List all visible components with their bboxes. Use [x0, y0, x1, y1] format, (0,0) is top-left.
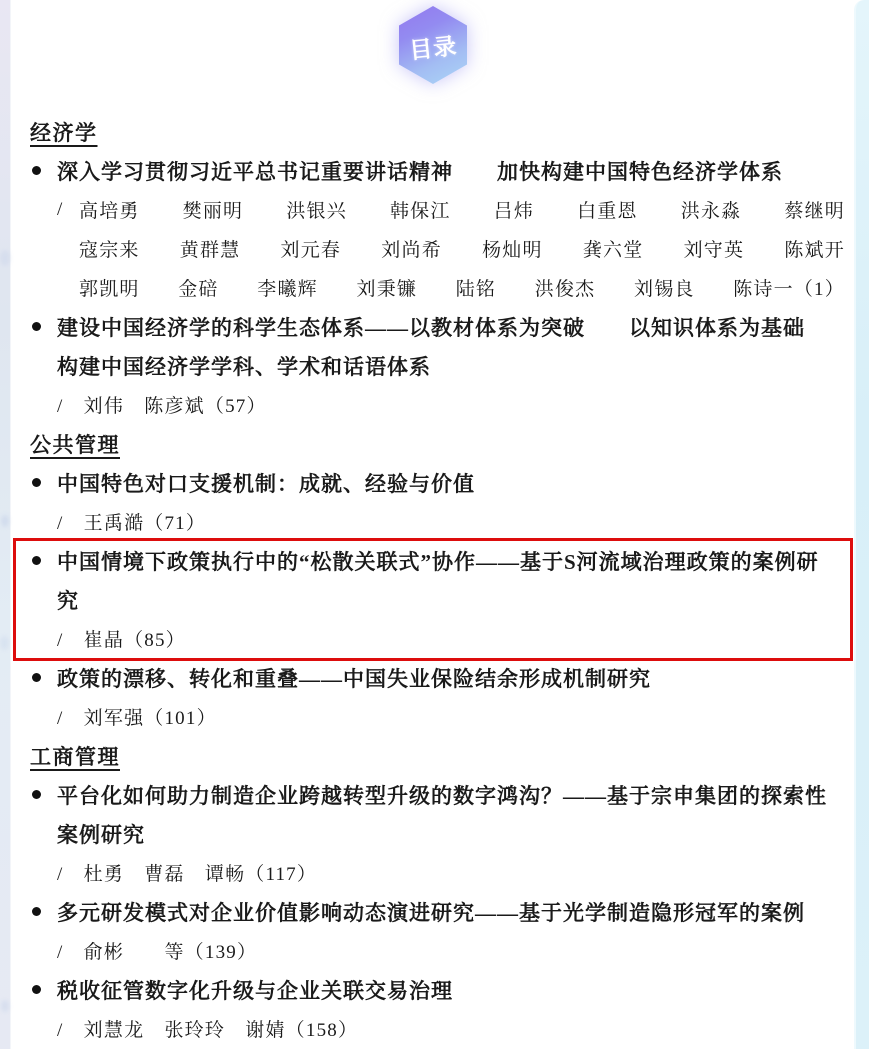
- author-row: / 刘军强（101）: [30, 703, 217, 730]
- author-name: 蔡继明: [784, 196, 845, 223]
- author-name: 白重恩: [577, 196, 638, 223]
- toc-article: 多元研发模式对企业价值影响动态演进研究——基于光学制造隐形冠军的案例 / 俞彬 …: [30, 892, 845, 970]
- author-name: 高培勇: [79, 196, 140, 223]
- author-row: / 刘慧龙 张玲玲 谢婧（158）: [30, 1015, 358, 1042]
- table-of-contents: 经济学 深入学习贯彻习近平总书记重要讲话精神 加快构建中国特色经济学体系 / 高…: [30, 112, 845, 1048]
- author-name: 陈斌开: [784, 235, 845, 262]
- author-slash: /: [57, 199, 79, 221]
- author-name: 刘守英: [684, 235, 745, 262]
- article-title: 平台化如何助力制造企业跨越转型升级的数字鸿沟？——基于宗申集团的探索性: [57, 780, 827, 810]
- author-name: 龚六堂: [583, 235, 644, 262]
- author-row: / 杜勇 曹磊 谭畅（117）: [30, 859, 317, 886]
- author-name: 洪永淼: [681, 196, 742, 223]
- author-name: 刘尚希: [381, 235, 442, 262]
- bullet-icon: [30, 556, 57, 565]
- toc-hexagon-badge: 目录: [399, 6, 467, 84]
- author-name: 樊丽明: [183, 196, 244, 223]
- author-name: 陆铭: [456, 274, 496, 301]
- toc-article: 政策的漂移、转化和重叠——中国失业保险结余形成机制研究 / 刘军强（101）: [30, 658, 845, 736]
- watermark-blob: [1, 515, 9, 527]
- bullet-icon: [30, 985, 57, 994]
- bullet-icon: [30, 322, 57, 331]
- author-row: / 崔晶（85）: [30, 625, 186, 652]
- author-name: 刘锡良: [634, 274, 695, 301]
- bullet-icon: [30, 166, 57, 175]
- bullet-icon: [30, 478, 57, 487]
- article-title-continued: 构建中国经济学学科、学术和话语体系: [57, 351, 431, 381]
- article-title: 建设中国经济学的科学生态体系——以教材体系为突破 以知识体系为基础: [57, 312, 805, 342]
- author-name: 刘元春: [281, 235, 342, 262]
- article-title: 中国特色对口支援机制：成就、经验与价值: [57, 468, 475, 498]
- author-name: 郭凯明: [79, 274, 140, 301]
- toc-article: 中国特色对口支援机制：成就、经验与价值 / 王禹澔（71）: [30, 463, 845, 541]
- page-right-margin-strip: [854, 0, 869, 1049]
- author-row: / 王禹澔（71）: [30, 508, 206, 535]
- article-title: 政策的漂移、转化和重叠——中国失业保险结余形成机制研究: [57, 663, 651, 693]
- author-name: 韩保江: [390, 196, 451, 223]
- author-row: / 俞彬 等（139）: [30, 937, 257, 964]
- toc-article: 深入学习贯彻习近平总书记重要讲话精神 加快构建中国特色经济学体系 / 高培勇 樊…: [30, 151, 845, 307]
- bullet-icon: [30, 790, 57, 799]
- article-title-continued: 案例研究: [57, 819, 145, 849]
- bullet-icon: [30, 673, 57, 682]
- author-row: 寇宗来 黄群慧 刘元春 刘尚希 杨灿明 龚六堂 刘守英 陈斌开: [30, 229, 845, 268]
- author-row: / 高培勇 樊丽明 洪银兴 韩保江 吕炜 白重恩 洪永淼 蔡继明: [30, 190, 845, 229]
- author-name: 李曦辉: [257, 274, 318, 301]
- watermark-blob: [1, 1000, 9, 1012]
- watermark-blob: [0, 636, 9, 650]
- section-title-business-admin: 工商管理: [30, 741, 120, 771]
- article-title: 税收征管数字化升级与企业关联交易治理: [57, 975, 453, 1005]
- toc-article: 平台化如何助力制造企业跨越转型升级的数字鸿沟？——基于宗申集团的探索性 案例研究…: [30, 775, 845, 892]
- author-name: 洪银兴: [286, 196, 347, 223]
- author-name: 吕炜: [494, 196, 534, 223]
- author-name: 黄群慧: [180, 235, 241, 262]
- toc-badge-label: 目录: [408, 27, 459, 65]
- toc-article: 建设中国经济学的科学生态体系——以教材体系为突破 以知识体系为基础 构建中国经济…: [30, 307, 845, 424]
- toc-article: 税收征管数字化升级与企业关联交易治理 / 刘慧龙 张玲玲 谢婧（158）: [30, 970, 845, 1048]
- article-title: 深入学习贯彻习近平总书记重要讲话精神 加快构建中国特色经济学体系: [57, 156, 783, 186]
- article-title: 多元研发模式对企业价值影响动态演进研究——基于光学制造隐形冠军的案例: [57, 897, 805, 927]
- hexagon-icon: 目录: [399, 6, 467, 84]
- section-title-economics: 经济学: [30, 117, 98, 147]
- toc-article-highlighted: 中国情境下政策执行中的“松散关联式”协作——基于S河流域治理政策的案例研 究 /…: [13, 538, 853, 661]
- author-name: 洪俊杰: [535, 274, 596, 301]
- article-title-continued: 究: [57, 585, 79, 615]
- author-row: / 刘伟 陈彦斌（57）: [30, 391, 267, 418]
- author-name: 金碚: [178, 274, 218, 301]
- article-title: 中国情境下政策执行中的“松散关联式”协作——基于S河流域治理政策的案例研: [57, 546, 819, 576]
- bullet-icon: [30, 907, 57, 916]
- author-name: 刘秉镰: [357, 274, 418, 301]
- author-name: 杨灿明: [482, 235, 543, 262]
- author-name: 寇宗来: [79, 235, 140, 262]
- section-title-public-admin: 公共管理: [30, 429, 120, 459]
- watermark-blob: [0, 250, 10, 266]
- author-row: 郭凯明 金碚 李曦辉 刘秉镰 陆铭 洪俊杰 刘锡良 陈诗一（1）: [30, 268, 845, 307]
- author-name: 陈诗一（1）: [733, 274, 845, 301]
